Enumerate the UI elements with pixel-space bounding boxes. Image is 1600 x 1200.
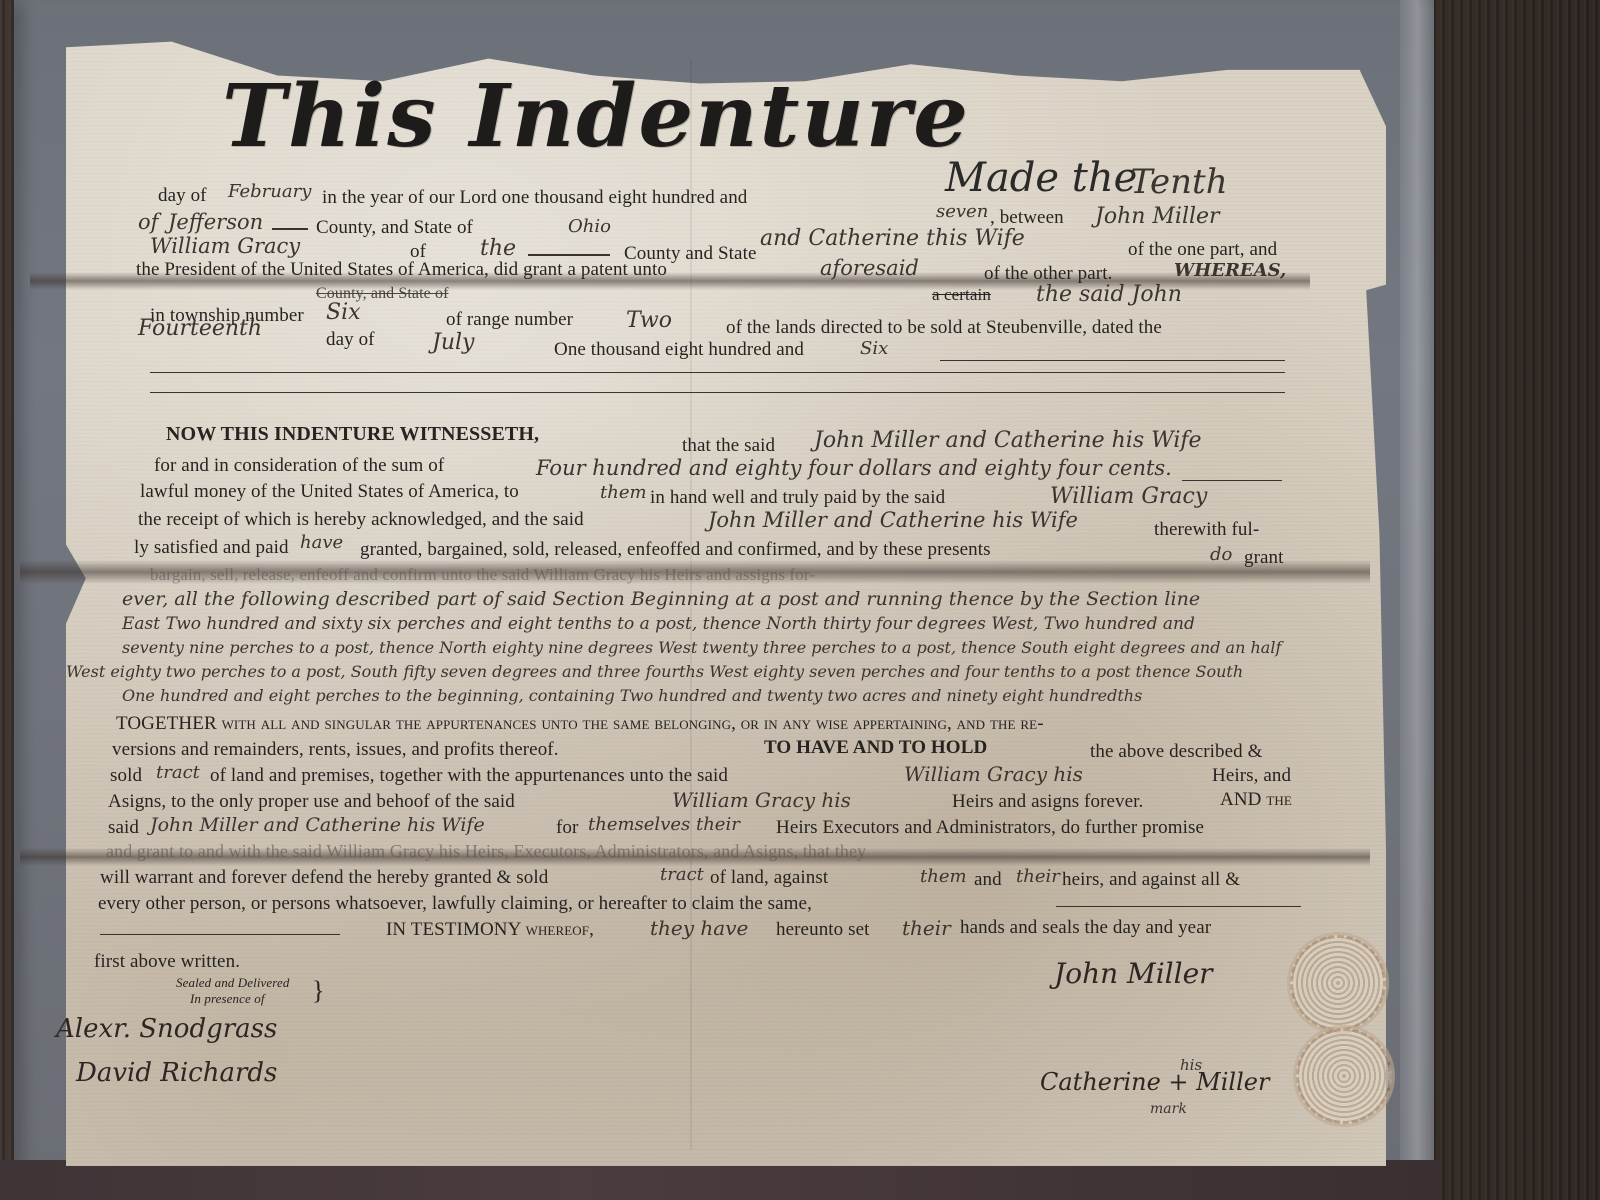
habendum-line-3b: of land and premises, together with the …: [210, 766, 728, 785]
line-2-text-b: of the one part, and: [1128, 240, 1277, 259]
witness-2-signature: David Richards: [76, 1060, 277, 1086]
habendum-line-2c: the above described &: [1090, 742, 1263, 761]
tract-field: tract: [156, 764, 200, 782]
blank-rule: [940, 360, 1285, 361]
description-line-4: West eighty two perches to a post, South…: [66, 664, 1243, 680]
patent-year-field: Six: [860, 340, 888, 358]
grantee-field: William Gracy: [1050, 486, 1207, 508]
line-4-text-a: the President of the United States of Am…: [136, 260, 667, 279]
witnesseth-text-g: ly satisfied and paid: [134, 538, 289, 557]
witnesseth-text-e: the receipt of which is hereby acknowled…: [138, 510, 584, 529]
do-field: do: [1210, 546, 1232, 564]
party-1-spouse: and Catherine this Wife: [760, 228, 1025, 250]
grantor-1-signature: John Miller: [1054, 960, 1213, 988]
line-2-text-a: County, and State of: [316, 218, 473, 237]
line-1-text-b: in the year of our Lord one thousand eig…: [322, 188, 747, 207]
month-field: February: [228, 183, 311, 201]
line-1-text-a: day of: [158, 186, 207, 205]
testimonium-d: first above written.: [94, 952, 240, 971]
line-6-text-b: of range number: [446, 310, 573, 329]
themselves-field: themselves their: [588, 816, 740, 834]
range-field: Two: [626, 310, 672, 332]
grantee-field-3: William Gracy his: [904, 764, 1083, 784]
blank-rule: [100, 934, 340, 935]
struck-text: a certain: [932, 286, 991, 303]
blank-rule: [150, 372, 1285, 373]
county-prefix: of: [138, 212, 158, 233]
habendum-line-3a: sold: [110, 766, 142, 785]
witnesseth-text-b: for and in consideration of the sum of: [154, 456, 444, 475]
description-line-5: One hundred and eight perches to the beg…: [122, 688, 1142, 704]
habendum-line-4a: Asigns, to the only proper use and behoo…: [108, 792, 515, 811]
to-have-and-to-hold: TO HAVE AND TO HOLD: [764, 738, 987, 757]
have-field: have: [300, 534, 343, 552]
line-7-text-a: day of: [326, 330, 375, 349]
habendum-line-7b: of land, against: [710, 868, 828, 887]
county-field: Jefferson: [168, 212, 263, 233]
them-field-2: them: [920, 868, 967, 886]
line-7-text-b: One thousand eight hundred and: [554, 340, 804, 359]
witnesseth-text-d: in hand well and truly paid by the said: [650, 488, 945, 507]
state-field: Ohio: [568, 218, 611, 236]
witnesseth-text-i: grant: [1244, 548, 1284, 567]
habendum-line-4b: Heirs and asigns forever.: [952, 792, 1143, 811]
table-edge: [0, 1160, 1440, 1200]
habendum-line-4c: AND the: [1220, 790, 1292, 809]
witnesseth-heading: NOW THIS INDENTURE WITNESSETH,: [166, 424, 539, 444]
habendum-line-7a: will warrant and forever defend the here…: [100, 868, 548, 887]
testimonium-a: IN TESTIMONY whereof,: [386, 920, 594, 939]
tract-field-2: tract: [660, 866, 704, 884]
brace: }: [312, 978, 325, 1004]
them-field: them: [600, 484, 647, 502]
testimonium-b: hereunto set: [776, 920, 870, 939]
habendum-line-2a: versions and remainders, rents, issues, …: [112, 740, 559, 759]
witnesseth-text-c: lawful money of the United States of Ame…: [140, 482, 519, 501]
witnesseth-text-f: therewith ful-: [1154, 520, 1259, 539]
grantee-field-4: William Gracy his: [672, 790, 851, 810]
torn-line-text-2: and grant to and with the said William G…: [106, 842, 866, 860]
line-3-text-c: of the other part.: [984, 264, 1112, 283]
whereas-label: WHEREAS,: [1174, 262, 1286, 280]
grantors-field-3: John Miller and Catherine his Wife: [150, 816, 485, 835]
witness-1-signature: Alexr. Snodgrass: [56, 1016, 277, 1042]
year-field: seven: [936, 203, 988, 221]
blank-rule: [272, 228, 308, 230]
habendum-line-5c: Heirs Executors and Administrators, do f…: [776, 818, 1204, 837]
in-presence-of: In presence of: [190, 992, 265, 1005]
habendum-line-5b: for: [556, 818, 578, 837]
habendum-line-7c: and: [974, 870, 1002, 889]
torn-line-text: bargain, sell, release, enfeoff and conf…: [150, 566, 815, 583]
line-1-text-c: , between: [990, 208, 1064, 227]
blank-rule: [150, 392, 1285, 393]
party-1-name: John Miller: [1095, 206, 1220, 228]
consideration-sum: Four hundred and eighty four dollars and…: [536, 458, 1172, 479]
patent-grantee: the said John: [1036, 284, 1182, 306]
habendum-line-3c: Heirs, and: [1212, 766, 1291, 785]
habendum-line-7d: heirs, and against all &: [1062, 870, 1240, 889]
grantors-field: John Miller and Catherine his Wife: [814, 430, 1202, 452]
habendum-line-8: every other person, or persons whatsoeve…: [98, 894, 812, 913]
state-2-field: aforesaid: [820, 258, 919, 279]
grantors-field-2: John Miller and Catherine his Wife: [708, 510, 1078, 531]
sealed-and-delivered: Sealed and Delivered: [176, 976, 289, 989]
testimonium-c: hands and seals the day and year: [960, 918, 1211, 937]
party-2-name: William Gracy: [150, 236, 300, 257]
witnesseth-text-a: that the said: [682, 436, 775, 455]
habendum-line-5a: said: [108, 818, 139, 837]
witnesseth-text-h: granted, bargained, sold, released, enfe…: [360, 540, 991, 559]
their-field-2: their: [902, 918, 951, 938]
mark-label: mark: [1150, 1102, 1187, 1116]
description-line-3: seventy nine perches to a post, thence N…: [122, 640, 1281, 656]
blank-rule: [528, 254, 610, 256]
county-2-field: the: [480, 238, 516, 260]
they-have-field: they have: [650, 918, 748, 938]
sleeve-edge: [1400, 0, 1434, 1200]
patent-month-field: July: [432, 332, 474, 354]
wafer-seal-1: [1290, 935, 1386, 1031]
habendum-line-1: TOGETHER with all and singular the appur…: [116, 714, 1044, 733]
description-line-1: ever, all the following described part o…: [122, 590, 1200, 609]
day-ordinal: Tenth: [1130, 165, 1228, 199]
line-6-text-c: of the lands directed to be sold at Steu…: [726, 318, 1162, 337]
description-line-2: East Two hundred and sixty six perches a…: [122, 616, 1195, 633]
blank-rule: [1056, 906, 1301, 907]
made-the-label: Made the: [945, 158, 1137, 198]
wafer-seal-2: [1296, 1028, 1392, 1124]
township-field: Six: [326, 302, 361, 324]
patent-day-field: Fourteenth: [138, 318, 262, 340]
their-field: their: [1016, 868, 1060, 886]
grantor-2-signature: Catherine + Miller: [1040, 1070, 1269, 1094]
blank-rule: [1182, 480, 1282, 481]
document-title: This Indenture: [222, 74, 970, 160]
